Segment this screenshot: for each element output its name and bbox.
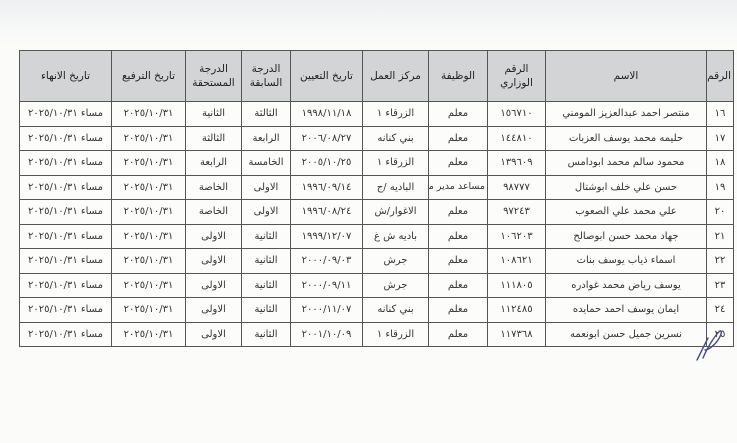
cell-no: ٢١ — [707, 224, 734, 249]
cell-no: ٢٠ — [707, 200, 734, 225]
cell-promo-date: ٢٠٢٥/١٠/٣١ — [112, 102, 186, 127]
table-body: ١٦ منتصر احمد عبدالعزيز المومني ١٥٦٧١٠ م… — [20, 102, 734, 347]
cell-promo-date: ٢٠٢٥/١٠/٣١ — [112, 322, 186, 347]
cell-due-grade: الاولى — [186, 249, 242, 274]
cell-name: محمود سالم محمد ابودامس — [546, 151, 707, 176]
cell-workplace: جرش — [363, 273, 429, 298]
cell-end-date: مساء ٢٠٢٥/١٠/٣١ — [20, 151, 112, 176]
cell-no: ٢٣ — [707, 273, 734, 298]
cell-promo-date: ٢٠٢٥/١٠/٣١ — [112, 298, 186, 323]
cell-promo-date: ٢٠٢٥/١٠/٣١ — [112, 126, 186, 151]
cell-ministry-no: ٩٨٧٧٧ — [488, 175, 546, 200]
cell-prev-grade: الثانية — [242, 298, 291, 323]
header-row: الرقم الاسم الرقم الوزاري الوظيفة مركز ا… — [20, 51, 734, 102]
cell-workplace: الزرقاء ١ — [363, 102, 429, 127]
table-row: ١٦ منتصر احمد عبدالعزيز المومني ١٥٦٧١٠ م… — [20, 102, 734, 127]
cell-due-grade: الاولى — [186, 224, 242, 249]
cell-prev-grade: الرابعة — [242, 126, 291, 151]
cell-workplace: الاغوار/ش — [363, 200, 429, 225]
cell-promo-date: ٢٠٢٥/١٠/٣١ — [112, 273, 186, 298]
cell-due-grade: الاولى — [186, 273, 242, 298]
cell-name: حسن علي خلف ابوشتال — [546, 175, 707, 200]
cell-name: حليمه محمد يوسف العزبات — [546, 126, 707, 151]
cell-workplace: باديه ش غ — [363, 224, 429, 249]
table-row: ١٨ محمود سالم محمد ابودامس ١٣٩٦٠٩ معلم ا… — [20, 151, 734, 176]
cell-hire-date: ٢٠٠٥/١٠/٢٥ — [291, 151, 363, 176]
cell-due-grade: الاولى — [186, 298, 242, 323]
cell-job: مساعد مدير مدرسه — [429, 175, 488, 200]
cell-workplace: بني كنانه — [363, 126, 429, 151]
cell-name: جهاد محمد حسن ابوصالح — [546, 224, 707, 249]
header-end-date: تاريخ الانهاء — [20, 51, 112, 102]
cell-end-date: مساء ٢٠٢٥/١٠/٣١ — [20, 249, 112, 274]
cell-end-date: مساء ٢٠٢٥/١٠/٣١ — [20, 273, 112, 298]
cell-hire-date: ٢٠٠٠/٠٩/٠٣ — [291, 249, 363, 274]
cell-ministry-no: ١١٢٤٨٥ — [488, 298, 546, 323]
cell-hire-date: ٢٠٠٦/٠٨/٢٧ — [291, 126, 363, 151]
cell-ministry-no: ٩٧٢٤٣ — [488, 200, 546, 225]
table-row: ١٧ حليمه محمد يوسف العزبات ١٤٤٨١٠ معلم ب… — [20, 126, 734, 151]
cell-ministry-no: ١٣٩٦٠٩ — [488, 151, 546, 176]
cell-end-date: مساء ٢٠٢٥/١٠/٣١ — [20, 200, 112, 225]
cell-job: معلم — [429, 200, 488, 225]
cell-due-grade: الاولى — [186, 322, 242, 347]
table-row: ٢٠ علي محمد علي الصعوب ٩٧٢٤٣ معلم الاغوا… — [20, 200, 734, 225]
cell-job: معلم — [429, 298, 488, 323]
cell-promo-date: ٢٠٢٥/١٠/٣١ — [112, 151, 186, 176]
cell-name: يوسف رياض محمد غوادره — [546, 273, 707, 298]
cell-hire-date: ١٩٩٦/٠٩/١٤ — [291, 175, 363, 200]
table-row: ٢١ جهاد محمد حسن ابوصالح ١٠٦٢٠٣ معلم باد… — [20, 224, 734, 249]
table-row: ٢٣ يوسف رياض محمد غوادره ١١١٨٠٥ معلم جرش… — [20, 273, 734, 298]
header-promo-date: تاريخ الترفيع — [112, 51, 186, 102]
cell-due-grade: الخاصة — [186, 175, 242, 200]
cell-ministry-no: ١٤٤٨١٠ — [488, 126, 546, 151]
cell-workplace: الزرقاء ١ — [363, 151, 429, 176]
cell-prev-grade: الخامسة — [242, 151, 291, 176]
header-hire-date: تاريخ التعيين — [291, 51, 363, 102]
header-ministry-no: الرقم الوزاري — [488, 51, 546, 102]
header-workplace: مركز العمل — [363, 51, 429, 102]
cell-name: نسرين جميل حسن ابونعمه — [546, 322, 707, 347]
cell-no: ٢٢ — [707, 249, 734, 274]
cell-prev-grade: الثانية — [242, 224, 291, 249]
cell-name: منتصر احمد عبدالعزيز المومني — [546, 102, 707, 127]
cell-prev-grade: الثالثة — [242, 102, 291, 127]
cell-workplace: الباديه /ج — [363, 175, 429, 200]
cell-no: ١٧ — [707, 126, 734, 151]
cell-job: معلم — [429, 224, 488, 249]
cell-due-grade: الخاصة — [186, 200, 242, 225]
cell-end-date: مساء ٢٠٢٥/١٠/٣١ — [20, 175, 112, 200]
cell-promo-date: ٢٠٢٥/١٠/٣١ — [112, 249, 186, 274]
promotion-table: الرقم الاسم الرقم الوزاري الوظيفة مركز ا… — [19, 50, 734, 347]
cell-hire-date: ٢٠٠٠/٠٩/١١ — [291, 273, 363, 298]
cell-hire-date: ١٩٩٨/١١/١٨ — [291, 102, 363, 127]
cell-name: اسماء ذياب يوسف بنات — [546, 249, 707, 274]
cell-end-date: مساء ٢٠٢٥/١٠/٣١ — [20, 322, 112, 347]
signature-icon — [694, 328, 724, 362]
cell-prev-grade: الثانية — [242, 249, 291, 274]
cell-ministry-no: ١٥٦٧١٠ — [488, 102, 546, 127]
cell-ministry-no: ١٠٨٦٢١ — [488, 249, 546, 274]
cell-no: ١٦ — [707, 102, 734, 127]
cell-workplace: بني كنانه — [363, 298, 429, 323]
cell-no: ٢٤ — [707, 298, 734, 323]
cell-workplace: الزرقاء ١ — [363, 322, 429, 347]
header-prev-grade: الدرجة السابقة — [242, 51, 291, 102]
cell-ministry-no: ١١١٨٠٥ — [488, 273, 546, 298]
cell-end-date: مساء ٢٠٢٥/١٠/٣١ — [20, 102, 112, 127]
cell-name: علي محمد علي الصعوب — [546, 200, 707, 225]
cell-ministry-no: ١٠٦٢٠٣ — [488, 224, 546, 249]
cell-hire-date: ٢٠٠١/١٠/٠٩ — [291, 322, 363, 347]
cell-job: معلم — [429, 102, 488, 127]
cell-promo-date: ٢٠٢٥/١٠/٣١ — [112, 175, 186, 200]
cell-job: معلم — [429, 151, 488, 176]
table-row: ٢٥ نسرين جميل حسن ابونعمه ١١٧٣٦٨ معلم ال… — [20, 322, 734, 347]
cell-job: معلم — [429, 126, 488, 151]
table-row: ٢٢ اسماء ذياب يوسف بنات ١٠٨٦٢١ معلم جرش … — [20, 249, 734, 274]
table-row: ١٩ حسن علي خلف ابوشتال ٩٨٧٧٧ مساعد مدير … — [20, 175, 734, 200]
cell-prev-grade: الثانية — [242, 322, 291, 347]
cell-end-date: مساء ٢٠٢٥/١٠/٣١ — [20, 126, 112, 151]
cell-ministry-no: ١١٧٣٦٨ — [488, 322, 546, 347]
header-name: الاسم — [546, 51, 707, 102]
cell-no: ١٩ — [707, 175, 734, 200]
cell-workplace: جرش — [363, 249, 429, 274]
cell-prev-grade: الاولى — [242, 175, 291, 200]
paper-top-shadow — [0, 0, 737, 44]
cell-hire-date: ٢٠٠٠/١١/٠٧ — [291, 298, 363, 323]
cell-hire-date: ١٩٩٦/٠٨/٢٤ — [291, 200, 363, 225]
cell-promo-date: ٢٠٢٥/١٠/٣١ — [112, 200, 186, 225]
cell-promo-date: ٢٠٢٥/١٠/٣١ — [112, 224, 186, 249]
cell-name: ايمان يوسف احمد حمايده — [546, 298, 707, 323]
cell-no: ١٨ — [707, 151, 734, 176]
cell-end-date: مساء ٢٠٢٥/١٠/٣١ — [20, 298, 112, 323]
header-due-grade: الدرجة المستحقة — [186, 51, 242, 102]
cell-due-grade: الثانية — [186, 102, 242, 127]
cell-prev-grade: الاولى — [242, 200, 291, 225]
header-no: الرقم — [707, 51, 734, 102]
cell-end-date: مساء ٢٠٢٥/١٠/٣١ — [20, 224, 112, 249]
cell-job: معلم — [429, 249, 488, 274]
cell-hire-date: ١٩٩٩/١٢/٠٧ — [291, 224, 363, 249]
header-job: الوظيفة — [429, 51, 488, 102]
table-row: ٢٤ ايمان يوسف احمد حمايده ١١٢٤٨٥ معلم بن… — [20, 298, 734, 323]
cell-due-grade: الرابعة — [186, 151, 242, 176]
cell-due-grade: الثالثة — [186, 126, 242, 151]
cell-prev-grade: الثانية — [242, 273, 291, 298]
cell-job: معلم — [429, 273, 488, 298]
cell-job: معلم — [429, 322, 488, 347]
